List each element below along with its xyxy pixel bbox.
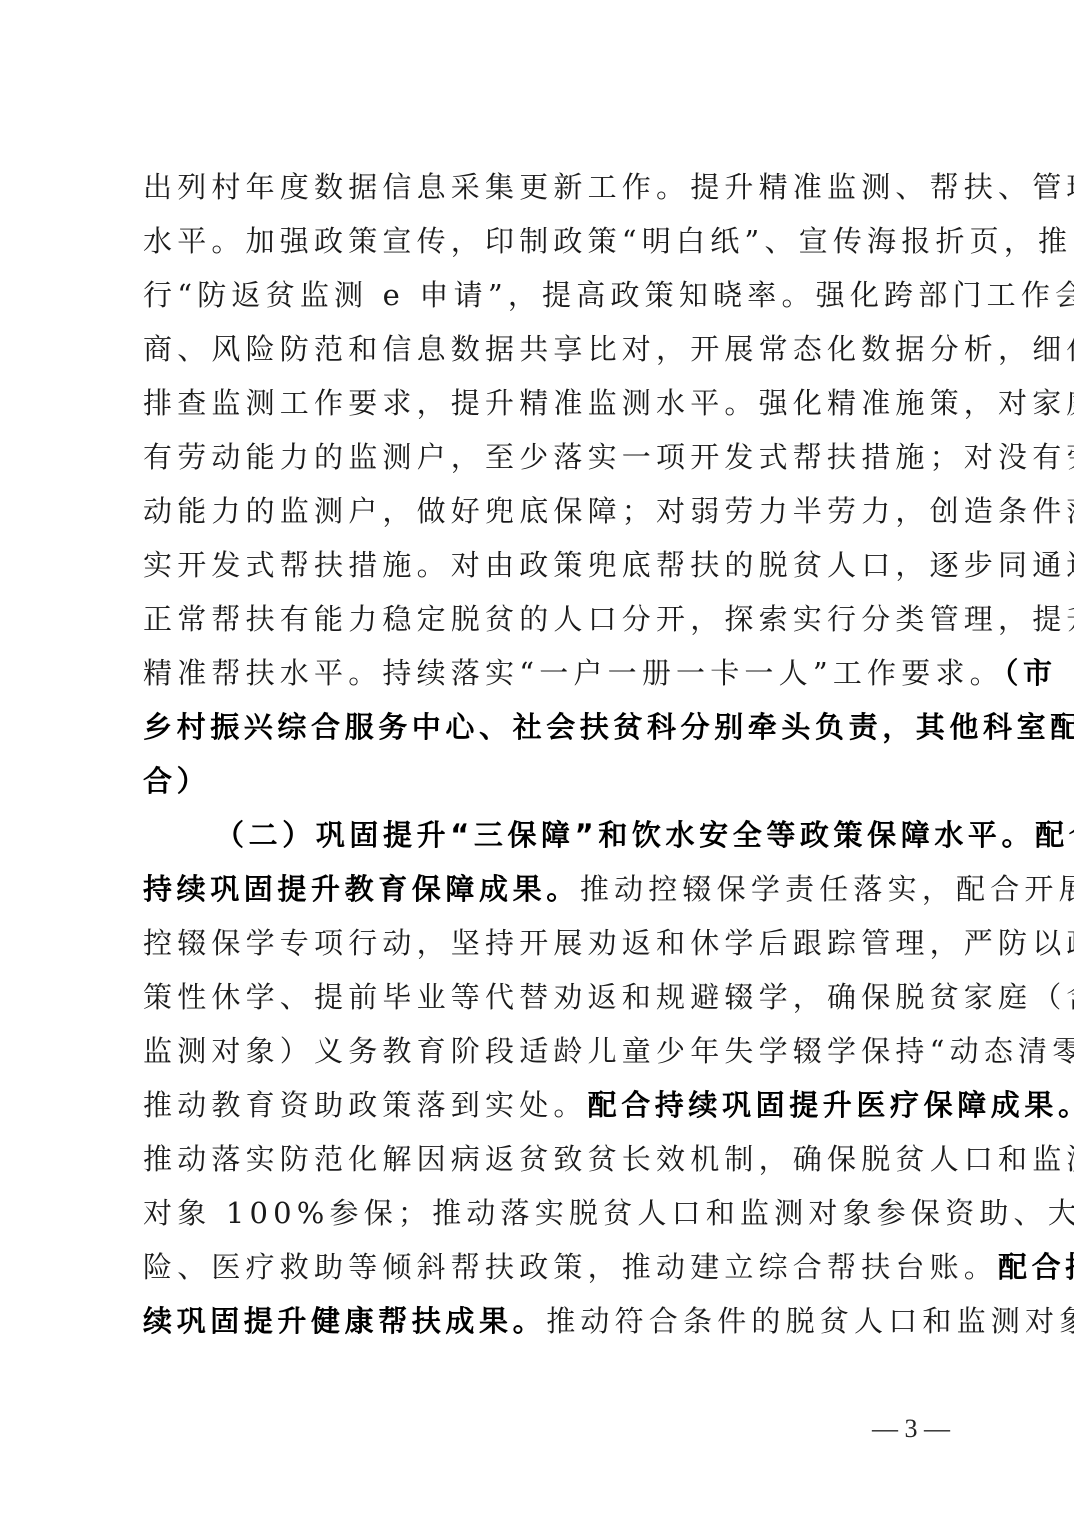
text-segment: 策性休学、提前毕业等代替劝返和规避辍学，确保脱贫家庭（含 [143,980,1074,1014]
text-line: 乡村振兴综合服务中心、社会扶贫科分别牵头负责，其他科室配 [143,700,958,754]
bold-text-segment: 乡村振兴综合服务中心、社会扶贫科分别牵头负责，其他科室配 [143,710,1074,744]
text-segment: 商、风险防范和信息数据共享比对，开展常态化数据分析，细化 [143,332,1074,366]
text-segment: 水平。加强政策宣传，印制政策“明白纸”、宣传海报折页，推 [143,224,1072,258]
text-line: 出列村年度数据信息采集更新工作。提升精准监测、帮扶、管理 [143,160,958,214]
bold-text-segment: 配合持 [998,1250,1074,1284]
text-line: 合） [143,754,958,808]
page-number: — 3 — [872,1414,962,1444]
text-line: （二）巩固提升“三保障”和饮水安全等政策保障水平。配合 [215,808,960,862]
text-line: 商、风险防范和信息数据共享比对，开展常态化数据分析，细化 [143,322,958,376]
text-segment: 推动教育资助政策落到实处。 [143,1088,588,1122]
text-line: 水平。加强政策宣传，印制政策“明白纸”、宣传海报折页，推 [143,214,958,268]
text-line: 推动教育资助政策落到实处。配合持续巩固提升医疗保障成果。 [143,1078,958,1132]
text-line: 续巩固提升健康帮扶成果。推动符合条件的脱贫人口和监测对象 [143,1294,958,1348]
bold-text-segment: 续巩固提升健康帮扶成果。 [143,1304,546,1338]
text-line: 正常帮扶有能力稳定脱贫的人口分开，探索实行分类管理，提升 [143,592,958,646]
text-line: 实开发式帮扶措施。对由政策兜底帮扶的脱贫人口，逐步同通过 [143,538,958,592]
text-line: 策性休学、提前毕业等代替劝返和规避辍学，确保脱贫家庭（含 [143,970,958,1024]
text-segment: 排查监测工作要求，提升精准监测水平。强化精准施策，对家庭 [143,386,1074,420]
bold-text-segment: （二）巩固提升“三保障”和饮水安全等政策保障水平。配合 [215,818,1074,852]
text-segment: 行“防返贫监测 e 申请”，提高政策知晓率。强化跨部门工作会 [143,278,1074,312]
text-line: 持续巩固提升教育保障成果。推动控辍保学责任落实，配合开展 [143,862,958,916]
text-segment: 有劳动能力的监测户，至少落实一项开发式帮扶措施；对没有劳 [143,440,1074,474]
text-line: 有劳动能力的监测户，至少落实一项开发式帮扶措施；对没有劳 [143,430,958,484]
text-segment: 推动控辍保学责任落实，配合开展 [580,872,1074,906]
text-line: 行“防返贫监测 e 申请”，提高政策知晓率。强化跨部门工作会 [143,268,958,322]
text-segment: 控辍保学专项行动，坚持开展劝返和休学后跟踪管理，严防以政 [143,926,1074,960]
text-line: 监测对象）义务教育阶段适龄儿童少年失学辍学保持“动态清零”； [143,1024,958,1078]
text-line: 动能力的监测户，做好兜底保障；对弱劳力半劳力，创造条件落 [143,484,958,538]
text-segment: 动能力的监测户，做好兜底保障；对弱劳力半劳力，创造条件落 [143,494,1074,528]
text-segment: 推动落实防范化解因病返贫致贫长效机制，确保脱贫人口和监测 [143,1142,1074,1176]
text-line: 排查监测工作要求，提升精准监测水平。强化精准施策，对家庭 [143,376,958,430]
text-segment: 对象 100%参保；推动落实脱贫人口和监测对象参保资助、大病保 [143,1196,1074,1230]
text-segment: 出列村年度数据信息采集更新工作。提升精准监测、帮扶、管理 [143,170,1074,204]
text-segment: 正常帮扶有能力稳定脱贫的人口分开，探索实行分类管理，提升 [143,602,1074,636]
text-segment: 监测对象）义务教育阶段适龄儿童少年失学辍学保持“动态清零”； [143,1034,1074,1068]
text-line: 险、医疗救助等倾斜帮扶政策，推动建立综合帮扶台账。配合持 [143,1240,958,1294]
text-line: 控辍保学专项行动，坚持开展劝返和休学后跟踪管理，严防以政 [143,916,958,970]
text-line: 精准帮扶水平。持续落实“一户一册一卡一人”工作要求。（市 [143,646,958,700]
text-segment: 精准帮扶水平。持续落实“一户一册一卡一人”工作要求。 [143,656,1004,690]
bold-text-segment: 合） [143,764,210,798]
text-line: 对象 100%参保；推动落实脱贫人口和监测对象参保资助、大病保 [143,1186,958,1240]
bold-text-segment: 配合持续巩固提升医疗保障成果。 [588,1088,1074,1122]
text-line: 推动落实防范化解因病返贫致贫长效机制，确保脱贫人口和监测 [143,1132,958,1186]
text-segment: 险、医疗救助等倾斜帮扶政策，推动建立综合帮扶台账。 [143,1250,998,1284]
document-page: 出列村年度数据信息采集更新工作。提升精准监测、帮扶、管理水平。加强政策宣传，印制… [0,0,1074,1520]
bold-text-segment: （市 [1004,656,1057,690]
text-segment: 实开发式帮扶措施。对由政策兜底帮扶的脱贫人口，逐步同通过 [143,548,1074,582]
text-segment: 推动符合条件的脱贫人口和监测对象 [546,1304,1074,1338]
bold-text-segment: 持续巩固提升教育保障成果。 [143,872,580,906]
